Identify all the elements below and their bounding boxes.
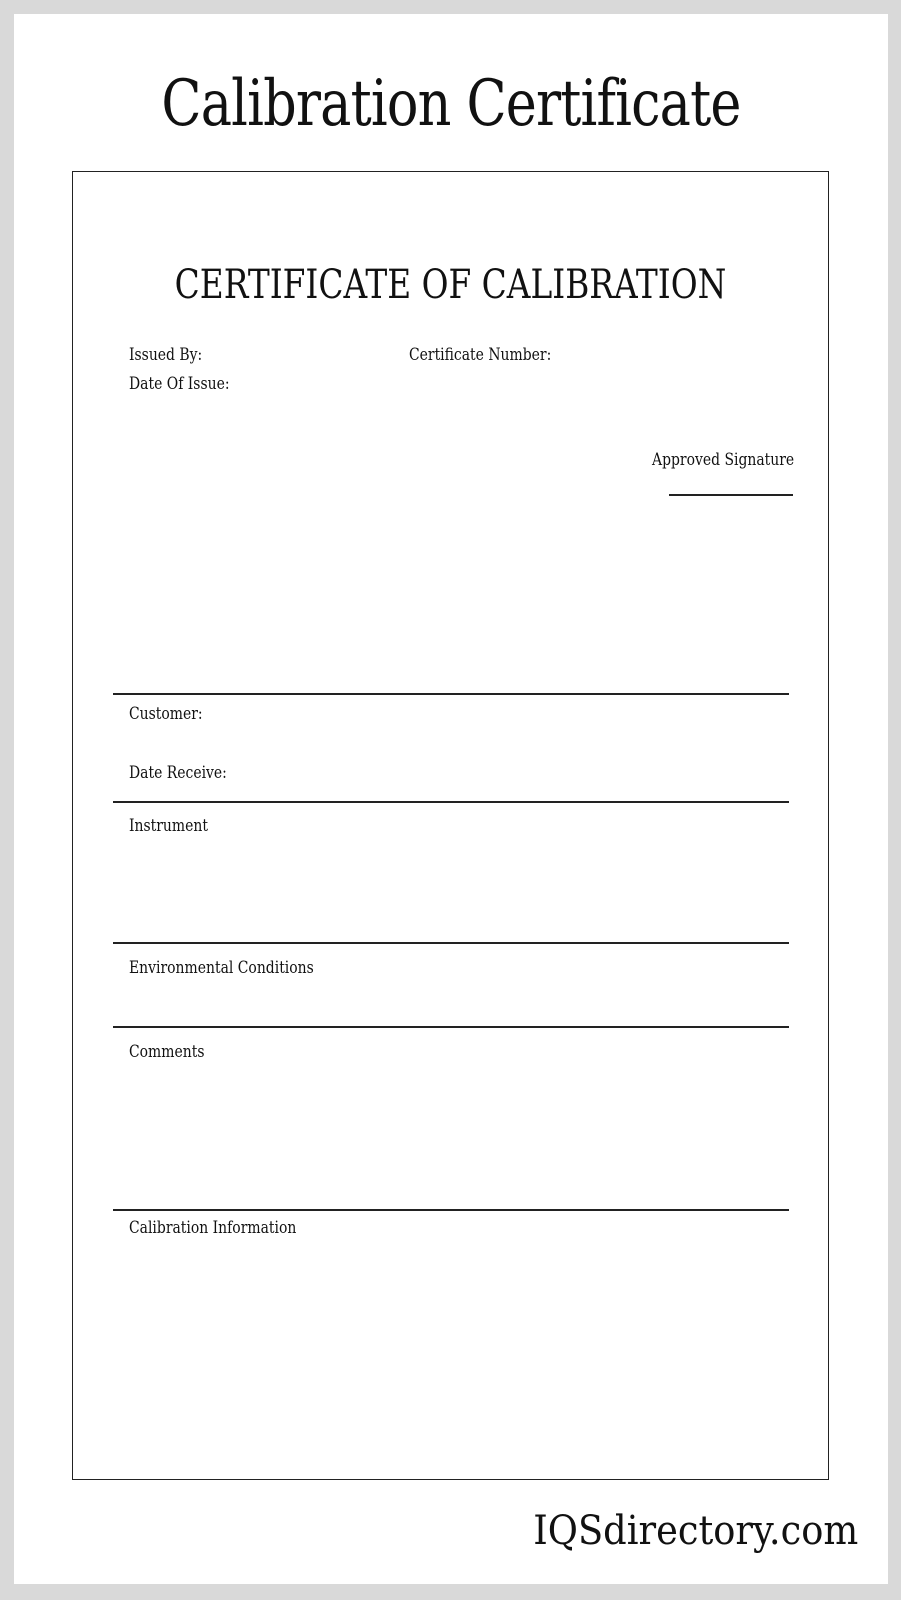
- instrument-label: Instrument: [129, 816, 208, 836]
- certificate-number-label: Certificate Number:: [409, 345, 551, 365]
- page: Calibration Certificate CERTIFICATE OF C…: [14, 14, 888, 1584]
- date-of-issue-label: Date Of Issue:: [129, 374, 230, 394]
- divider-instrument: [113, 801, 789, 803]
- divider-comments: [113, 1026, 789, 1028]
- customer-label: Customer:: [129, 704, 203, 724]
- divider-calibration-information: [113, 1209, 789, 1211]
- environmental-conditions-label: Environmental Conditions: [129, 958, 314, 978]
- comments-label: Comments: [129, 1042, 204, 1062]
- certificate-form: CERTIFICATE OF CALIBRATION Issued By: Ce…: [72, 171, 829, 1480]
- divider-environmental: [113, 942, 789, 944]
- divider-customer: [113, 693, 789, 695]
- signature-line: [669, 494, 793, 496]
- page-title: Calibration Certificate: [93, 64, 810, 144]
- approved-signature-label: Approved Signature: [652, 450, 794, 470]
- calibration-information-label: Calibration Information: [129, 1218, 296, 1238]
- issued-by-label: Issued By:: [129, 345, 202, 365]
- brand-watermark: IQSdirectory.com: [533, 1506, 858, 1556]
- certificate-heading: CERTIFICATE OF CALIBRATION: [141, 260, 760, 310]
- date-receive-label: Date Receive:: [129, 763, 227, 783]
